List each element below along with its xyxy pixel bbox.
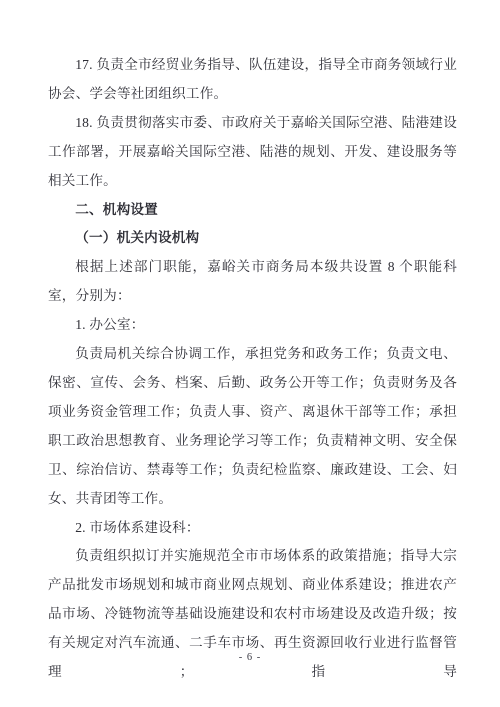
document-body: 17. 负责全市经贸业务指导、队伍建设，指导全市商务领域行业协会、学会等社团组织…	[48, 51, 457, 687]
paragraph-office-duties: 负责局机关综合协调工作，承担党务和政务工作；负责文电、保密、宣传、会务、档案、后…	[48, 340, 457, 513]
subsection-heading-internal-organs: （一）机关内设机构	[48, 224, 457, 253]
paragraph-item-17: 17. 负责全市经贸业务指导、队伍建设，指导全市商务领域行业协会、学会等社团组织…	[48, 51, 457, 109]
list-item-1-office-title: 1. 办公室：	[48, 311, 457, 340]
paragraph-item-18: 18. 负责贯彻落实市委、市政府关于嘉峪关国际空港、陆港建设工作部署，开展嘉峪关…	[48, 109, 457, 196]
section-heading-organization-setup: 二、机构设置	[48, 196, 457, 225]
paragraph-market-system-duties: 负责组织拟订并实施规范全市市场体系的政策措施；指导大宗产品批发市场规划和城市商业…	[48, 542, 457, 687]
list-item-2-market-system-title: 2. 市场体系建设科：	[48, 514, 457, 543]
document-page: 17. 负责全市经贸业务指导、队伍建设，指导全市商务领域行业协会、学会等社团组织…	[0, 0, 500, 707]
page-number: - 6 -	[0, 652, 500, 663]
paragraph-intro-departments: 根据上述部门职能，嘉峪关市商务局本级共设置 8 个职能科室，分别为：	[48, 253, 457, 311]
